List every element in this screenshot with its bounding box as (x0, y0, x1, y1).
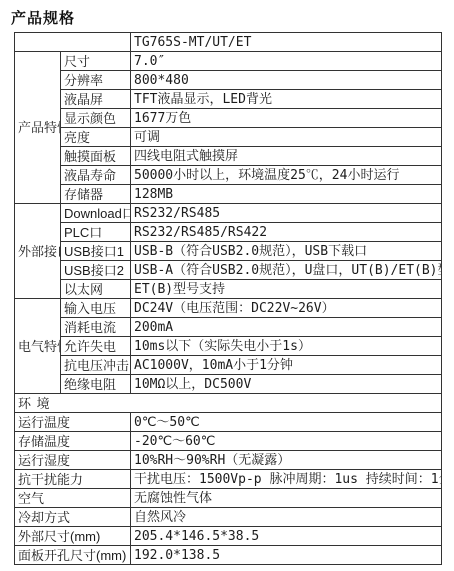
spec-label: 存储器 (61, 185, 131, 204)
model-value: TG765S-MT/UT/ET (131, 33, 442, 52)
spec-row: USB接口1 USB-B（符合USB2.0规范），USB下载口 (15, 242, 442, 261)
spec-value: 10MΩ以上，DC500V (131, 375, 442, 394)
spec-table: TG765S-MT/UT/ET 产品特性 尺寸 7.0″ 分辨率 800*480… (14, 32, 442, 565)
spec-value: 0℃～50℃ (131, 413, 442, 432)
spec-value: 7.0″ (131, 52, 442, 71)
model-empty-cell (15, 33, 131, 52)
spec-row: 外部尺寸(mm) 205.4*146.5*38.5 (15, 527, 442, 546)
spec-value: 10%RH～90%RH（无凝露） (131, 451, 442, 470)
spec-label: 绝缘电阻 (61, 375, 131, 394)
spec-row: 抗干扰能力 干扰电压：1500Vp-p 脉冲周期：1us 持续时间：1分钟 (15, 470, 442, 489)
spec-value: 192.0*138.5 (131, 546, 442, 565)
spec-row: 允许失电 10ms以下（实际失电小于1s） (15, 337, 442, 356)
spec-label: 运行湿度 (15, 451, 131, 470)
spec-row: 亮度 可调 (15, 128, 442, 147)
spec-value: RS232/RS485 (131, 204, 442, 223)
spec-value: 1677万色 (131, 109, 442, 128)
spec-label: 冷却方式 (15, 508, 131, 527)
spec-value: RS232/RS485/RS422 (131, 223, 442, 242)
spec-row: 冷却方式 自然风冷 (15, 508, 442, 527)
spec-label: 抗干扰能力 (15, 470, 131, 489)
page-title: 产品规格 (0, 0, 454, 32)
spec-label: 亮度 (61, 128, 131, 147)
spec-row: 运行湿度 10%RH～90%RH（无凝露） (15, 451, 442, 470)
spec-row: 抗电压冲击 AC1000V，10mA小于1分钟 (15, 356, 442, 375)
spec-row: 存储器 128MB (15, 185, 442, 204)
spec-row: 以太网 ET(B)型号支持 (15, 280, 442, 299)
spec-row: USB接口2 USB-A（符合USB2.0规范），U盘口，UT(B)/ET(B)… (15, 261, 442, 280)
spec-label: 存储温度 (15, 432, 131, 451)
model-row: TG765S-MT/UT/ET (15, 33, 442, 52)
spec-value: 自然风冷 (131, 508, 442, 527)
spec-value: USB-A（符合USB2.0规范），U盘口，UT(B)/ET(B)型号支持 (131, 261, 442, 280)
spec-row: 液晶屏 TFT液晶显示，LED背光 (15, 90, 442, 109)
spec-row: 液晶寿命 50000小时以上，环境温度25℃，24小时运行 (15, 166, 442, 185)
spec-value: ET(B)型号支持 (131, 280, 442, 299)
spec-label: 外部尺寸(mm) (15, 527, 131, 546)
spec-label: 尺寸 (61, 52, 131, 71)
spec-value: AC1000V，10mA小于1分钟 (131, 356, 442, 375)
group-label-electrical: 电气特性 (15, 299, 61, 394)
spec-row: 产品特性 尺寸 7.0″ (15, 52, 442, 71)
spec-value: 205.4*146.5*38.5 (131, 527, 442, 546)
spec-value: TFT液晶显示，LED背光 (131, 90, 442, 109)
spec-value: 800*480 (131, 71, 442, 90)
spec-label: 消耗电流 (61, 318, 131, 337)
spec-label: 空气 (15, 489, 131, 508)
section-header-row: 环 境 (15, 394, 442, 413)
spec-row: 触摸面板 四线电阻式触摸屏 (15, 147, 442, 166)
spec-row: 分辨率 800*480 (15, 71, 442, 90)
group-label-product-features: 产品特性 (15, 52, 61, 204)
spec-value: DC24V（电压范围：DC22V~26V） (131, 299, 442, 318)
spec-value: 50000小时以上，环境温度25℃，24小时运行 (131, 166, 442, 185)
spec-value: 可调 (131, 128, 442, 147)
spec-value: 128MB (131, 185, 442, 204)
spec-value: 四线电阻式触摸屏 (131, 147, 442, 166)
spec-label: 允许失电 (61, 337, 131, 356)
section-header-environment: 环 境 (15, 394, 442, 413)
spec-label: 液晶屏 (61, 90, 131, 109)
spec-value: -20℃～60℃ (131, 432, 442, 451)
spec-value: 200mA (131, 318, 442, 337)
spec-row: 存储温度 -20℃～60℃ (15, 432, 442, 451)
spec-label: 分辨率 (61, 71, 131, 90)
spec-label: Download口 (61, 204, 131, 223)
spec-row: PLC口 RS232/RS485/RS422 (15, 223, 442, 242)
spec-row: 显示颜色 1677万色 (15, 109, 442, 128)
spec-row: 面板开孔尺寸(mm) 192.0*138.5 (15, 546, 442, 565)
spec-label: 抗电压冲击 (61, 356, 131, 375)
spec-row: 空气 无腐蚀性气体 (15, 489, 442, 508)
spec-label: USB接口1 (61, 242, 131, 261)
spec-value: USB-B（符合USB2.0规范），USB下载口 (131, 242, 442, 261)
spec-value: 干扰电压：1500Vp-p 脉冲周期：1us 持续时间：1分钟 (131, 470, 442, 489)
spec-value: 无腐蚀性气体 (131, 489, 442, 508)
spec-label: 显示颜色 (61, 109, 131, 128)
spec-value: 10ms以下（实际失电小于1s） (131, 337, 442, 356)
spec-row: 外部接口 Download口 RS232/RS485 (15, 204, 442, 223)
spec-label: 液晶寿命 (61, 166, 131, 185)
spec-label: 面板开孔尺寸(mm) (15, 546, 131, 565)
group-label-external-interfaces: 外部接口 (15, 204, 61, 299)
spec-label: 输入电压 (61, 299, 131, 318)
spec-label: PLC口 (61, 223, 131, 242)
spec-label: USB接口2 (61, 261, 131, 280)
spec-row: 消耗电流 200mA (15, 318, 442, 337)
spec-label: 以太网 (61, 280, 131, 299)
product-spec-page: 产品规格 TG765S-MT/UT/ET 产品特性 尺寸 7.0″ 分辨率 80… (0, 0, 454, 571)
spec-row: 运行温度 0℃～50℃ (15, 413, 442, 432)
spec-label: 运行温度 (15, 413, 131, 432)
spec-row: 电气特性 输入电压 DC24V（电压范围：DC22V~26V） (15, 299, 442, 318)
spec-label: 触摸面板 (61, 147, 131, 166)
spec-row: 绝缘电阻 10MΩ以上，DC500V (15, 375, 442, 394)
